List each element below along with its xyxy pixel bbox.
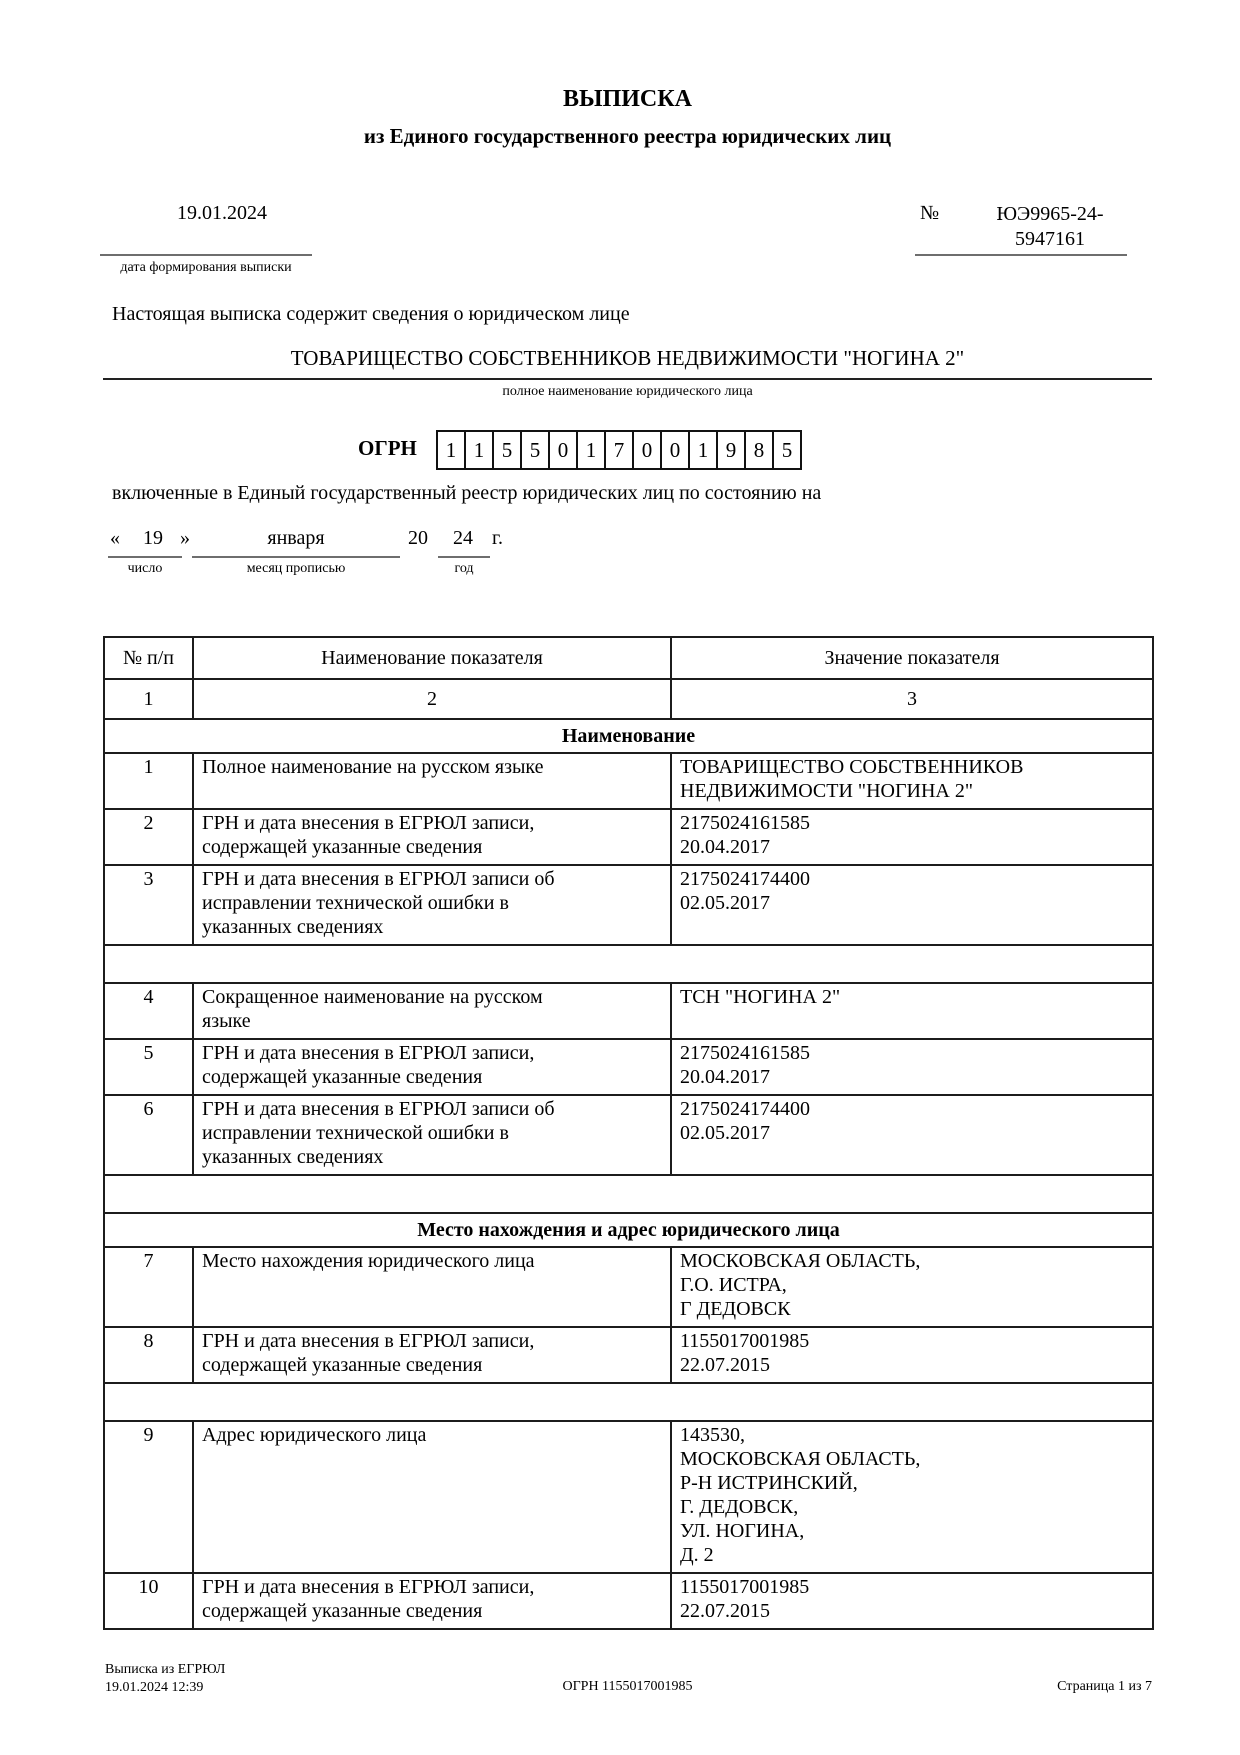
asof-month-caption: месяц прописью bbox=[192, 561, 400, 577]
row-name-cell: Сокращенное наименование на русском язык… bbox=[193, 983, 671, 1039]
asof-month-underline bbox=[192, 556, 400, 558]
asof-day-caption: число bbox=[108, 561, 182, 577]
row-value-cell: МОСКОВСКАЯ ОБЛАСТЬ, Г.О. ИСТРА, Г ДЕДОВС… bbox=[671, 1247, 1153, 1327]
row-value-cell: ТСН "НОГИНА 2" bbox=[671, 983, 1153, 1039]
asof-day: 19 bbox=[128, 527, 178, 550]
form-date-underline bbox=[100, 254, 312, 256]
ogrn-digit-box: 7 bbox=[606, 430, 634, 470]
ogrn-boxes: 1155017001985 bbox=[436, 430, 802, 470]
ogrn-digit-box: 0 bbox=[662, 430, 690, 470]
row-name-cell: ГРН и дата внесения в ЕГРЮЛ записи, соде… bbox=[193, 1573, 671, 1629]
ogrn-digit-box: 1 bbox=[436, 430, 466, 470]
doc-subtitle: из Единого государственного реестра юрид… bbox=[103, 124, 1152, 149]
section-header-row: Наименование bbox=[104, 719, 1153, 753]
spacer-row bbox=[104, 1175, 1153, 1213]
ogrn-digit-box: 8 bbox=[746, 430, 774, 470]
company-name-underline bbox=[103, 378, 1152, 380]
registry-table-body: № п/п Наименование показателя Значение п… bbox=[104, 637, 1153, 1629]
spacer-row bbox=[104, 945, 1153, 983]
row-number-cell: 10 bbox=[104, 1573, 193, 1629]
section-title: Наименование bbox=[104, 719, 1153, 753]
table-header-row: № п/п Наименование показателя Значение п… bbox=[104, 637, 1153, 679]
column-number-2: 2 bbox=[193, 679, 671, 719]
ogrn-digit-box: 5 bbox=[774, 430, 802, 470]
ogrn-digit-box: 1 bbox=[578, 430, 606, 470]
row-number-cell: 4 bbox=[104, 983, 193, 1039]
row-name-cell: Место нахождения юридического лица bbox=[193, 1247, 671, 1327]
doc-number-value: ЮЭ9965-24-5947161 bbox=[972, 202, 1128, 252]
spacer-cell bbox=[104, 1175, 1153, 1213]
ogrn-digit-box: 5 bbox=[494, 430, 522, 470]
asof-year-suffix: г. bbox=[492, 527, 503, 550]
table-row: 1 Полное наименование на русском языке Т… bbox=[104, 753, 1153, 809]
asof-close-quote: » bbox=[180, 527, 190, 550]
asof-day-underline bbox=[108, 556, 182, 558]
ogrn-digit-box: 1 bbox=[690, 430, 718, 470]
row-name-cell: ГРН и дата внесения в ЕГРЮЛ записи об ис… bbox=[193, 865, 671, 945]
ogrn-digit-box: 5 bbox=[522, 430, 550, 470]
column-number-1: 1 bbox=[104, 679, 193, 719]
column-number-3: 3 bbox=[671, 679, 1153, 719]
registry-table: № п/п Наименование показателя Значение п… bbox=[103, 636, 1154, 1630]
row-value-cell: 1155017001985 22.07.2015 bbox=[671, 1573, 1153, 1629]
doc-number-label: № bbox=[920, 202, 939, 225]
row-number-cell: 6 bbox=[104, 1095, 193, 1175]
spacer-cell bbox=[104, 945, 1153, 983]
row-number-cell: 5 bbox=[104, 1039, 193, 1095]
row-value-cell: 143530, МОСКОВСКАЯ ОБЛАСТЬ, Р-Н ИСТРИНСК… bbox=[671, 1421, 1153, 1573]
intro-line: Настоящая выписка содержит сведения о юр… bbox=[112, 303, 630, 326]
row-value-cell: 2175024174400 02.05.2017 bbox=[671, 1095, 1153, 1175]
table-row: 8 ГРН и дата внесения в ЕГРЮЛ записи, со… bbox=[104, 1327, 1153, 1383]
row-value-cell: 2175024161585 20.04.2017 bbox=[671, 1039, 1153, 1095]
row-number-cell: 3 bbox=[104, 865, 193, 945]
col-header-num: № п/п bbox=[104, 637, 193, 679]
row-number-cell: 1 bbox=[104, 753, 193, 809]
asof-open-quote: « bbox=[110, 527, 120, 550]
table-row: 4 Сокращенное наименование на русском яз… bbox=[104, 983, 1153, 1039]
table-row: 3 ГРН и дата внесения в ЕГРЮЛ записи об … bbox=[104, 865, 1153, 945]
row-value-cell: ТОВАРИЩЕСТВО СОБСТВЕННИКОВ НЕДВИЖИМОСТИ … bbox=[671, 753, 1153, 809]
row-number-cell: 9 bbox=[104, 1421, 193, 1573]
col-header-name: Наименование показателя bbox=[193, 637, 671, 679]
spacer-cell bbox=[104, 1383, 1153, 1421]
asof-month: января bbox=[192, 527, 400, 550]
footer-page-number: Страница 1 из 7 bbox=[103, 1679, 1152, 1695]
included-line: включенные в Единый государственный реес… bbox=[112, 482, 821, 505]
ogrn-digit-box: 0 bbox=[634, 430, 662, 470]
ogrn-digit-box: 1 bbox=[466, 430, 494, 470]
document-page: ВЫПИСКА из Единого государственного реес… bbox=[0, 0, 1240, 1755]
section-header-row: Место нахождения и адрес юридического ли… bbox=[104, 1213, 1153, 1247]
table-row: 10 ГРН и дата внесения в ЕГРЮЛ записи, с… bbox=[104, 1573, 1153, 1629]
doc-number-underline bbox=[915, 254, 1127, 256]
row-name-cell: Полное наименование на русском языке bbox=[193, 753, 671, 809]
row-name-cell: ГРН и дата внесения в ЕГРЮЛ записи, соде… bbox=[193, 1327, 671, 1383]
row-number-cell: 7 bbox=[104, 1247, 193, 1327]
row-value-cell: 2175024174400 02.05.2017 bbox=[671, 865, 1153, 945]
form-date: 19.01.2024 bbox=[177, 202, 267, 225]
table-row: 7 Место нахождения юридического лица МОС… bbox=[104, 1247, 1153, 1327]
table-row: 6 ГРН и дата внесения в ЕГРЮЛ записи об … bbox=[104, 1095, 1153, 1175]
asof-century: 20 bbox=[408, 527, 428, 550]
company-name-caption: полное наименование юридического лица bbox=[103, 384, 1152, 400]
ogrn-label: ОГРН bbox=[358, 436, 417, 461]
ogrn-digit-box: 0 bbox=[550, 430, 578, 470]
row-value-cell: 1155017001985 22.07.2015 bbox=[671, 1327, 1153, 1383]
asof-year: 24 bbox=[438, 527, 488, 550]
ogrn-digit-box: 9 bbox=[718, 430, 746, 470]
row-number-cell: 2 bbox=[104, 809, 193, 865]
row-name-cell: ГРН и дата внесения в ЕГРЮЛ записи, соде… bbox=[193, 809, 671, 865]
col-header-value: Значение показателя bbox=[671, 637, 1153, 679]
section-title: Место нахождения и адрес юридического ли… bbox=[104, 1213, 1153, 1247]
form-date-caption: дата формирования выписки bbox=[100, 260, 312, 276]
asof-year-underline bbox=[438, 556, 490, 558]
column-number-row: 1 2 3 bbox=[104, 679, 1153, 719]
footer-doc-type: Выписка из ЕГРЮЛ bbox=[105, 1661, 225, 1679]
row-number-cell: 8 bbox=[104, 1327, 193, 1383]
row-name-cell: ГРН и дата внесения в ЕГРЮЛ записи, соде… bbox=[193, 1039, 671, 1095]
asof-year-caption: год bbox=[438, 561, 490, 577]
doc-title: ВЫПИСКА bbox=[103, 86, 1152, 113]
row-value-cell: 2175024161585 20.04.2017 bbox=[671, 809, 1153, 865]
table-row: 9 Адрес юридического лица 143530, МОСКОВ… bbox=[104, 1421, 1153, 1573]
table-row: 5 ГРН и дата внесения в ЕГРЮЛ записи, со… bbox=[104, 1039, 1153, 1095]
row-name-cell: ГРН и дата внесения в ЕГРЮЛ записи об ис… bbox=[193, 1095, 671, 1175]
row-name-cell: Адрес юридического лица bbox=[193, 1421, 671, 1573]
spacer-row bbox=[104, 1383, 1153, 1421]
company-name: ТОВАРИЩЕСТВО СОБСТВЕННИКОВ НЕДВИЖИМОСТИ … bbox=[103, 346, 1152, 371]
table-row: 2 ГРН и дата внесения в ЕГРЮЛ записи, со… bbox=[104, 809, 1153, 865]
